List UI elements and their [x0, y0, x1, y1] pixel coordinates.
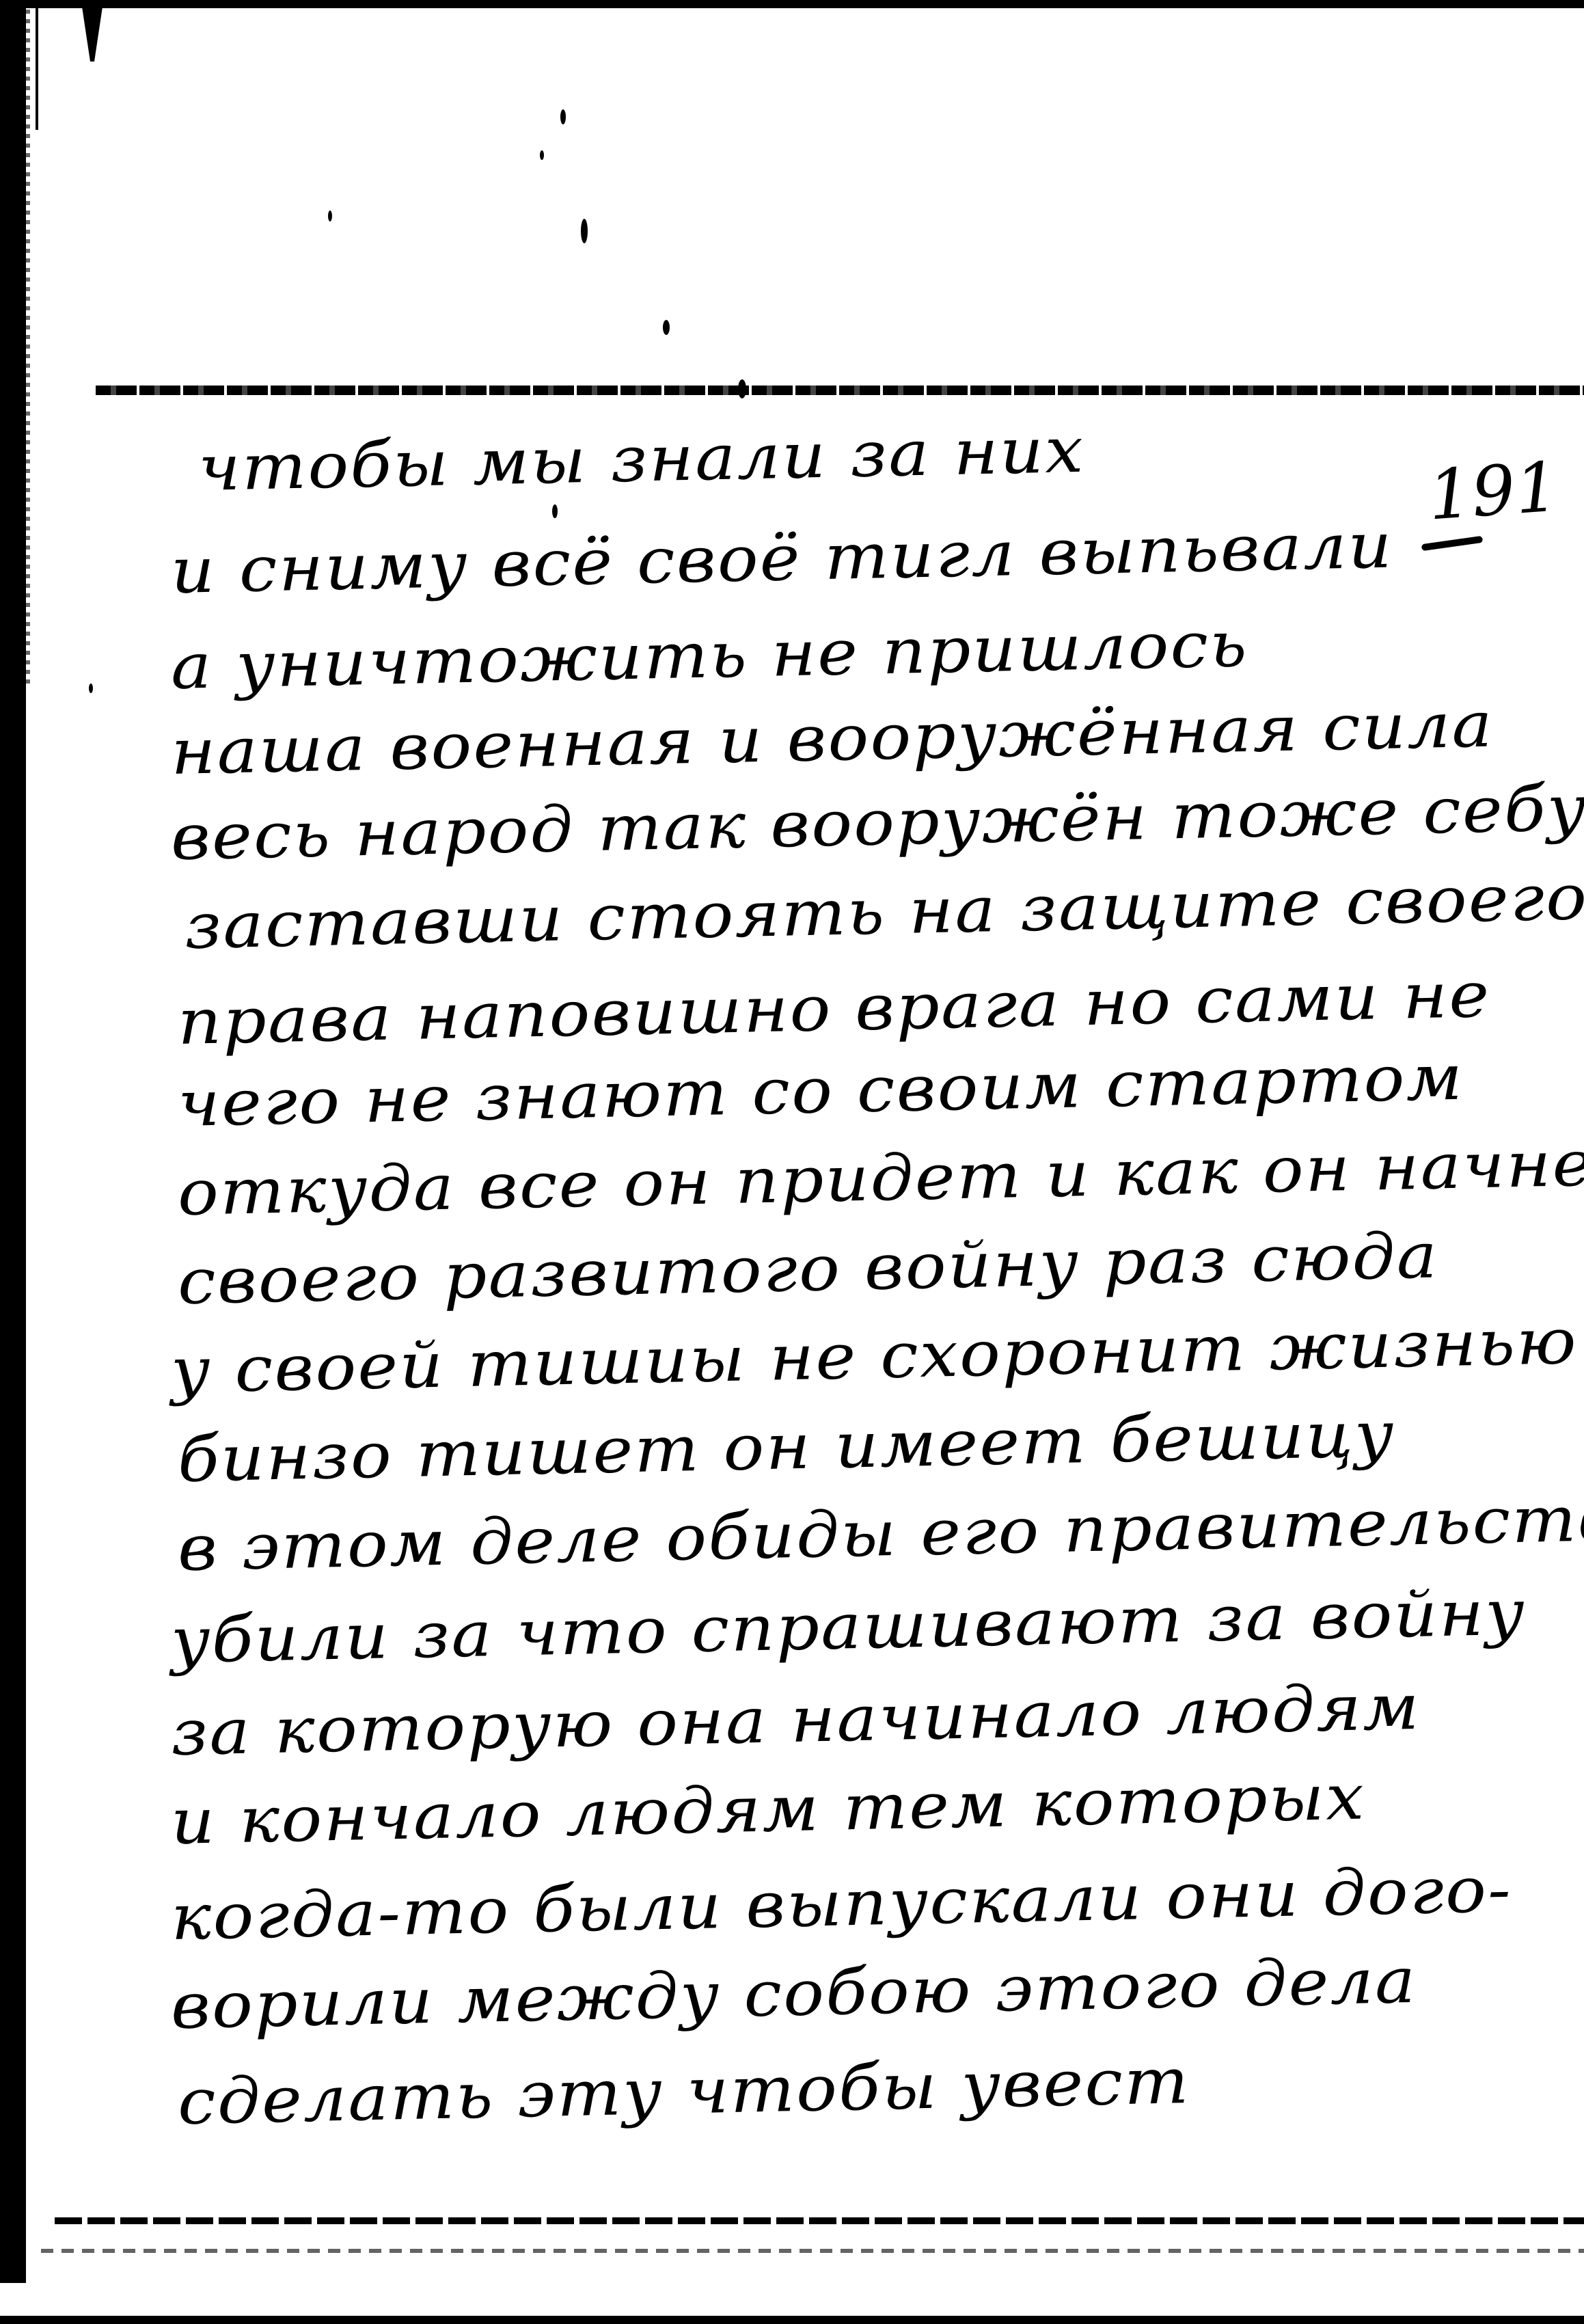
text-line: у своей тишиы не схоронит жизнью [170, 1310, 1578, 1403]
scan-bottom-edge [0, 2316, 1584, 2324]
handwritten-text: чтобы мы знали за них и сниму всё своё т… [0, 0, 1584, 2324]
text-line: за которую она начинало людям [170, 1676, 1421, 1765]
text-line: чего не знают со своим стартом [177, 1046, 1464, 1136]
text-line: заставши стоять на защите своего [184, 866, 1584, 958]
text-line: сделать эту чтобы увест [177, 2050, 1190, 2134]
text-line: весь народ так вооружён тоже себу [170, 777, 1584, 869]
text-line: наша военная и вооружённая сила [170, 693, 1494, 784]
text-line: когда-то были выпускали они дого- [170, 1859, 1513, 1949]
text-line: в этом деле обиды его правительства [177, 1487, 1584, 1580]
scan-footer-rule [55, 2217, 1584, 2224]
text-line: а уничтожить не пришлось [170, 613, 1248, 699]
text-line: и кончало людям тем которых [170, 1766, 1366, 1854]
scanned-page: 191 чтобы мы знали за них и сниму всё св… [0, 0, 1584, 2324]
scan-footer-rule [41, 2249, 1584, 2253]
text-line: бинзо тишет он имеет бешицу [177, 1403, 1396, 1491]
text-line: убили за что спрашивают за войну [170, 1581, 1527, 1673]
text-line: своего развитого войну раз сюда [177, 1224, 1439, 1314]
text-line: и сниму всё своё тигл выпьвали [170, 515, 1394, 603]
text-line: ворили между собою этого дела [170, 1949, 1417, 2038]
text-line: чтобы мы знали за них [197, 419, 1085, 500]
text-line: откуда все он придет и как он начнет [177, 1131, 1584, 1225]
text-line: права наповишно врага но сами не [177, 964, 1491, 1054]
